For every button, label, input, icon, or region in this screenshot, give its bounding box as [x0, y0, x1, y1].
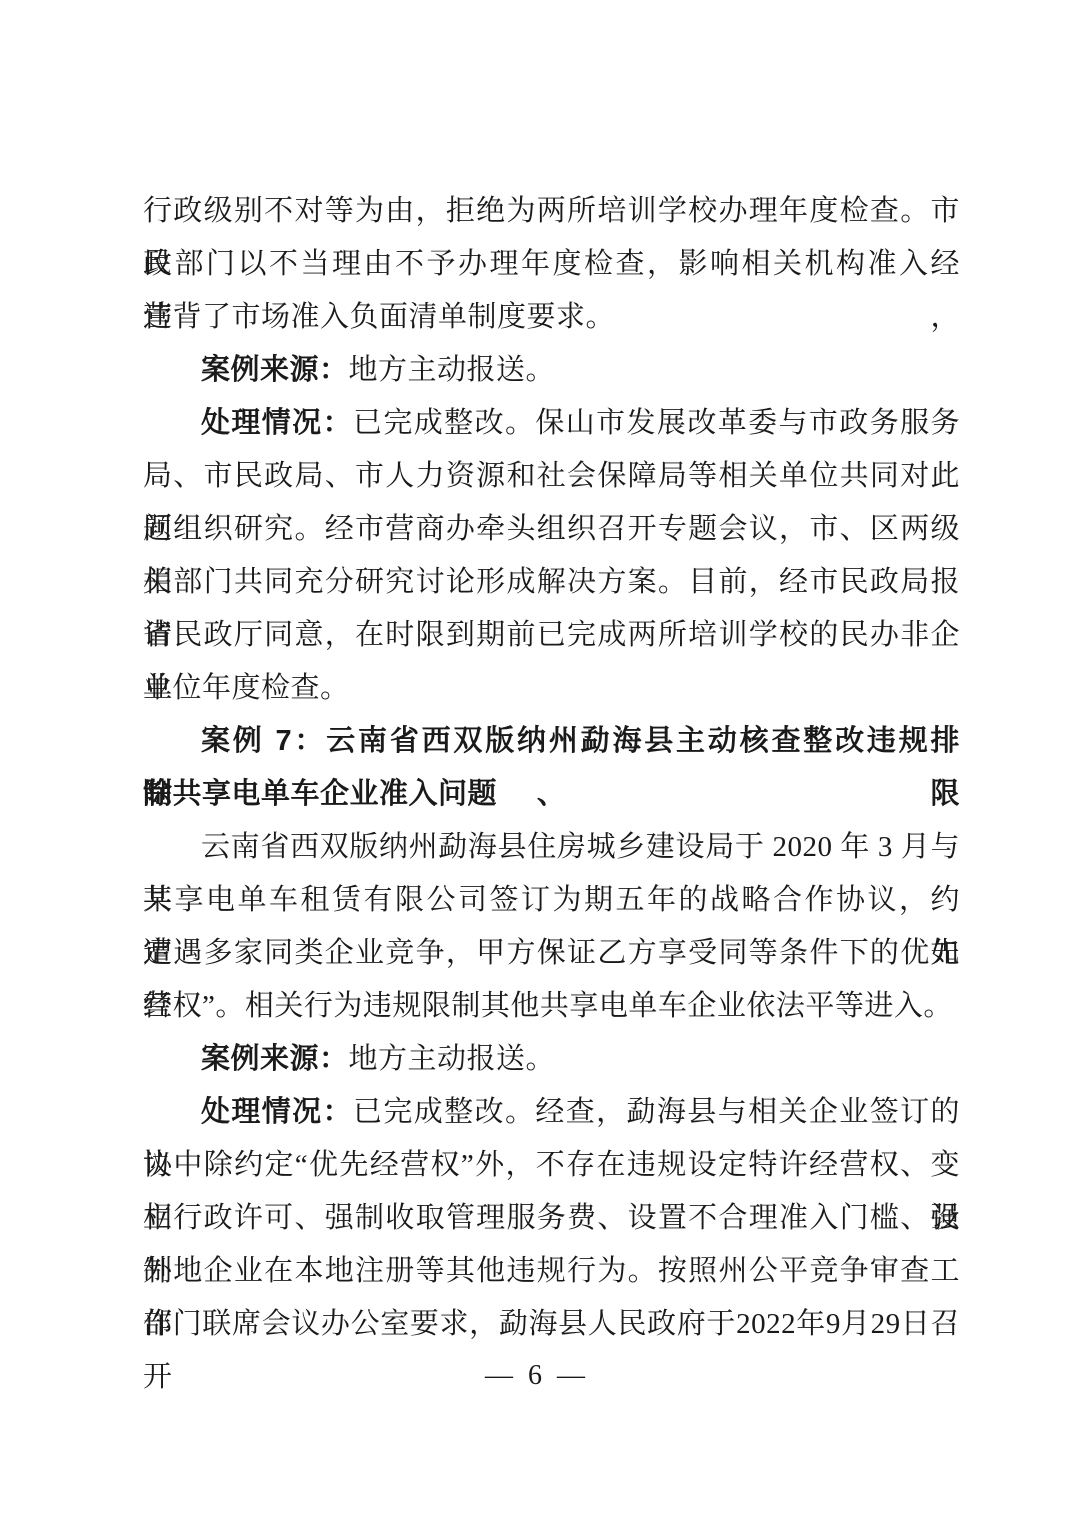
- text-line: 关部门共同充分研究讨论形成解决方案。目前，经市民政局报请: [143, 556, 960, 609]
- text-line: 处理情况：已完成整改。保山市发展改革委与市政务服务: [143, 397, 960, 450]
- paragraph-text: 制共享电单车企业准入问题: [143, 778, 497, 810]
- text-line: 立行政许可、强制收取管理服务费、设置不合理准入门槛、强制: [143, 1192, 960, 1245]
- paragraph-label: 案例来源：: [201, 354, 349, 386]
- text-line: 处理情况：已完成整改。经查，勐海县与相关企业签订的协: [143, 1086, 960, 1139]
- text-line: 共享电单车租赁有限公司签订为期五年的战略合作协议，约定“如: [143, 874, 960, 927]
- page-number: — 6 —: [0, 1356, 1074, 1396]
- paragraph-label: 案例来源：: [201, 1043, 349, 1075]
- text-line: 省民政厅同意，在时限到期前已完成两所培训学校的民办非企业: [143, 609, 960, 662]
- text-line: 行政级别不对等为由，拒绝为两所培训学校办理年度检查。市民: [143, 185, 960, 238]
- text-line: 遭遇多家同类企业竞争，甲方保证乙方享受同等条件下的优先经: [143, 927, 960, 980]
- paragraph-text: 已完成整改。保山市发展改革委与市政务服务: [353, 407, 960, 439]
- text-line: 案例来源：地方主动报送。: [143, 1033, 960, 1086]
- paragraph-text: 违背了市场准入负面清单制度要求。: [143, 301, 615, 333]
- text-line: 外地企业在本地注册等其他违规行为。按照州公平竞争审查工作: [143, 1245, 960, 1298]
- text-line: 单位年度检查。: [143, 662, 960, 715]
- text-line: 议中除约定“优先经营权”外，不存在违规设定特许经营权、变相设: [143, 1139, 960, 1192]
- text-line: 政部门以不当理由不予办理年度检查，影响相关机构准入经营，: [143, 238, 960, 291]
- case-title-line: 案例 7：云南省西双版纳州勐海县主动核查整改违规排除、限: [143, 715, 960, 768]
- paragraph-label: 处理情况：: [201, 407, 353, 439]
- paragraph-text: 地方主动报送。: [349, 1043, 556, 1075]
- paragraph-text: 地方主动报送。: [349, 354, 556, 386]
- text-line: 案例来源：地方主动报送。: [143, 344, 960, 397]
- text-line: 部门联席会议办公室要求，勐海县人民政府于2022年9月29日召开: [143, 1298, 960, 1351]
- text-line: 题组织研究。经市营商办牵头组织召开专题会议，市、区两级相: [143, 503, 960, 556]
- text-line: 局、市民政局、市人力资源和社会保障局等相关单位共同对此问: [143, 450, 960, 503]
- document-page: { "page": { "background_color": "#ffffff…: [0, 0, 1074, 1520]
- paragraph-text: 营权”。相关行为违规限制其他共享电单车企业依法平等进入。: [143, 990, 953, 1022]
- text-line: 营权”。相关行为违规限制其他共享电单车企业依法平等进入。: [143, 980, 960, 1033]
- paragraph-text: 单位年度检查。: [143, 672, 350, 704]
- paragraph-label: 处理情况：: [201, 1096, 353, 1128]
- document-body: 行政级别不对等为由，拒绝为两所培训学校办理年度检查。市民政部门以不当理由不予办理…: [143, 185, 960, 1351]
- text-line: 云南省西双版纳州勐海县住房城乡建设局于 2020 年 3 月与某: [143, 821, 960, 874]
